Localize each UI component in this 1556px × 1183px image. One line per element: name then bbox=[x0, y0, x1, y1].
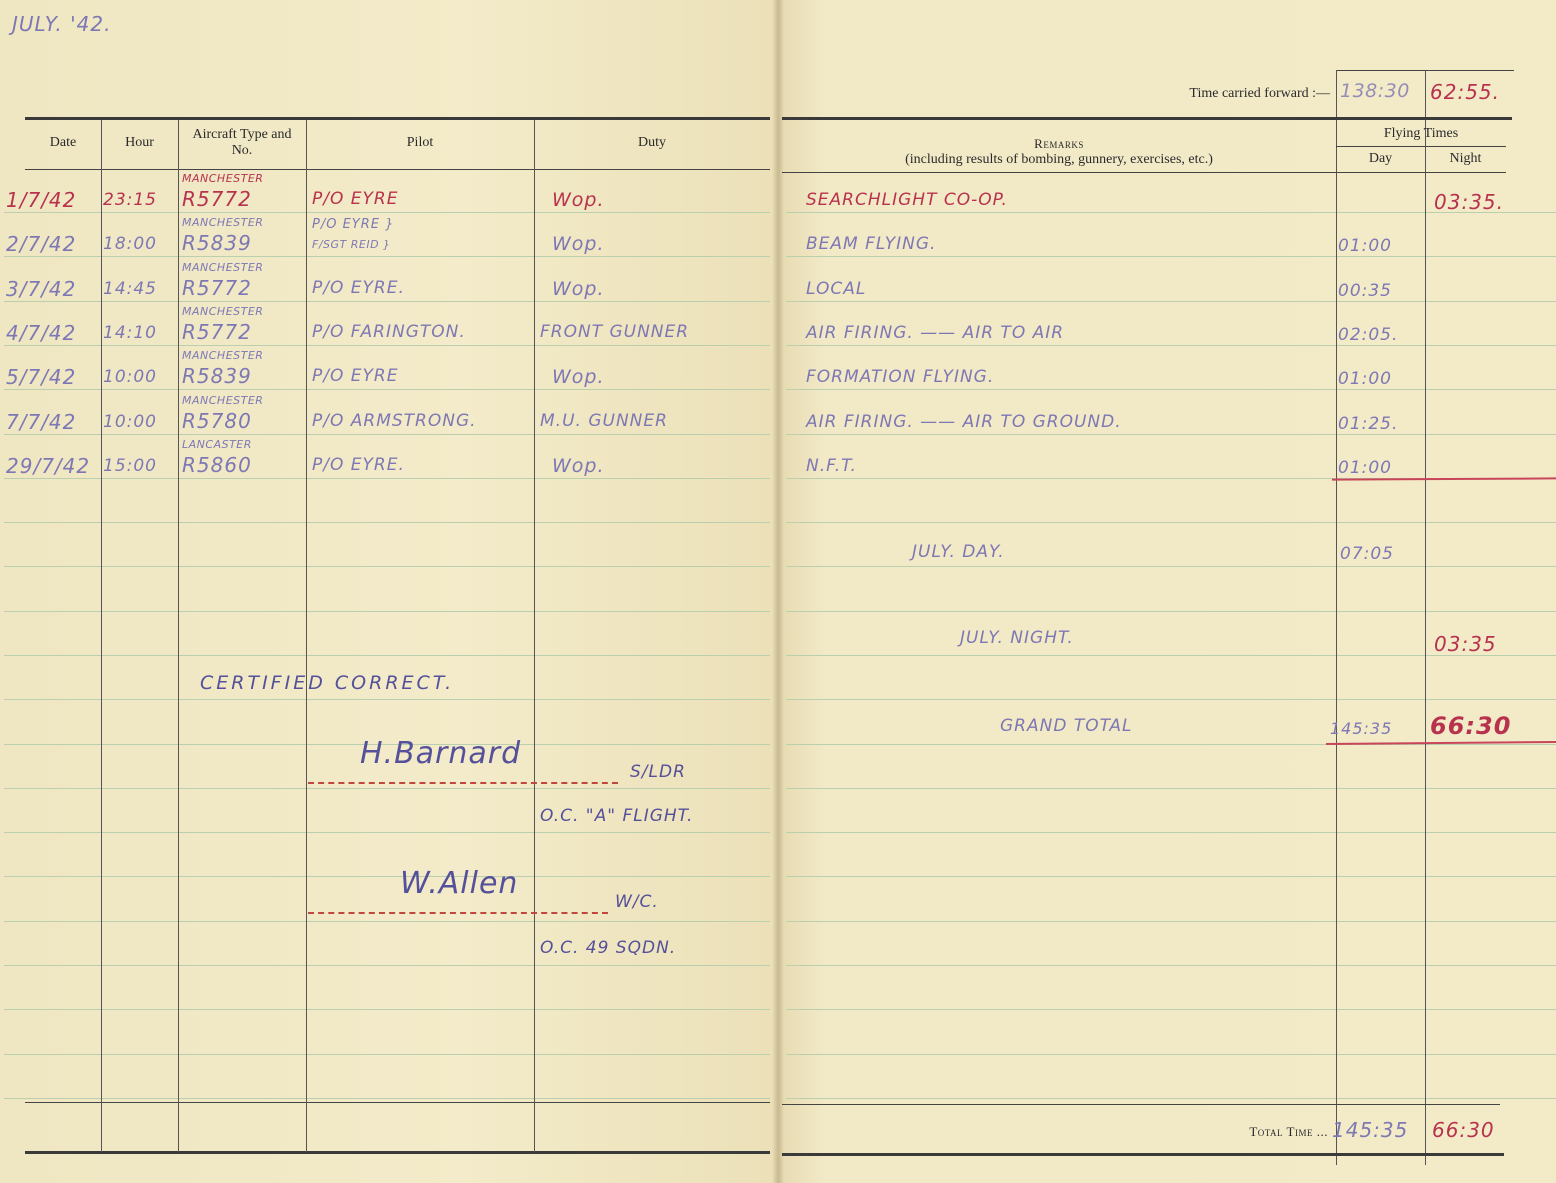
remark-night-time: 03:35. bbox=[1434, 190, 1504, 214]
entry-pilot-2: F/SGT REID } bbox=[312, 238, 391, 251]
ruled-line bbox=[4, 921, 770, 922]
entry-duty: M.U. GUNNER bbox=[540, 411, 668, 431]
remark-day-time: 02:05. bbox=[1338, 325, 1398, 345]
ruled-line bbox=[4, 1098, 770, 1099]
entry-pilot: P/O EYRE. bbox=[312, 278, 405, 298]
certified-correct-text: CERTIFIED CORRECT. bbox=[200, 672, 454, 694]
entry-pilot: P/O EYRE. bbox=[312, 455, 405, 475]
remark-day-time: 00:35 bbox=[1338, 281, 1392, 301]
ruled-line bbox=[4, 611, 770, 612]
total-time-label: Total Time ... bbox=[1150, 1124, 1328, 1140]
remark-text: LOCAL bbox=[806, 279, 866, 299]
ruled-line bbox=[786, 876, 1556, 877]
entry-aircraft-no: R5860 bbox=[182, 453, 252, 477]
ruled-line bbox=[4, 434, 770, 435]
header-top-rule-right bbox=[782, 117, 1512, 120]
entry-hour: 18:00 bbox=[103, 234, 157, 254]
col-header-aircraft: Aircraft Type and No. bbox=[190, 127, 294, 159]
entry-date: 3/7/42 bbox=[6, 277, 76, 301]
entry-duty: Wop. bbox=[552, 189, 605, 211]
entry-aircraft-no: R5772 bbox=[182, 276, 252, 300]
remark-day-time: 01:00 bbox=[1338, 236, 1392, 256]
remark-text: N.F.T. bbox=[806, 456, 857, 476]
title-2: O.C. 49 SQDN. bbox=[540, 938, 676, 958]
ruled-line bbox=[4, 965, 770, 966]
ruled-line bbox=[4, 699, 770, 700]
col-divider bbox=[101, 120, 102, 1152]
ruled-line bbox=[786, 389, 1556, 390]
ruled-line bbox=[786, 699, 1556, 700]
entry-duty: FRONT GUNNER bbox=[540, 322, 689, 342]
remarks-subheader: (including results of bombing, gunnery, … bbox=[782, 152, 1336, 168]
footer-rule-left bbox=[25, 1102, 770, 1103]
entry-aircraft-type: LANCASTER bbox=[182, 438, 252, 451]
carried-forward-day: 138:30 bbox=[1340, 80, 1410, 102]
grand-total-day: 145:35 bbox=[1330, 719, 1392, 738]
rank-2: W/C. bbox=[615, 892, 659, 912]
july-night-value: 03:35 bbox=[1434, 632, 1497, 656]
col-header-duty: Duty bbox=[534, 135, 770, 151]
ruled-line bbox=[786, 1054, 1556, 1055]
entry-hour: 10:00 bbox=[103, 367, 157, 387]
page-title: JULY. '42. bbox=[12, 12, 111, 36]
book-gutter bbox=[772, 0, 784, 1183]
entry-duty: Wop. bbox=[552, 278, 605, 300]
remark-text: FORMATION FLYING. bbox=[806, 367, 994, 387]
ruled-line bbox=[786, 522, 1556, 523]
ruled-line bbox=[4, 301, 770, 302]
remark-day-time: 01:25. bbox=[1338, 414, 1398, 434]
ruled-line bbox=[4, 788, 770, 789]
total-time-night: 66:30 bbox=[1432, 1118, 1495, 1142]
ruled-line bbox=[786, 434, 1556, 435]
remarks-header: Remarks bbox=[782, 136, 1336, 152]
header-bottom-rule bbox=[25, 169, 770, 170]
entry-date: 29/7/42 bbox=[6, 454, 90, 478]
entry-date: 7/7/42 bbox=[6, 410, 76, 434]
remark-text: AIR FIRING. —— AIR TO AIR bbox=[806, 323, 1064, 343]
col-divider bbox=[306, 120, 307, 1152]
entry-aircraft-type: MANCHESTER bbox=[182, 216, 263, 229]
ruled-line bbox=[4, 832, 770, 833]
entry-duty: Wop. bbox=[552, 233, 605, 255]
day-header: Day bbox=[1336, 151, 1425, 167]
entry-aircraft-no: R5772 bbox=[182, 320, 252, 344]
col-divider bbox=[534, 120, 535, 1152]
ruled-line bbox=[4, 1009, 770, 1010]
entry-aircraft-no: R5839 bbox=[182, 364, 252, 388]
ruled-line bbox=[4, 478, 770, 479]
july-day-value: 07:05 bbox=[1340, 544, 1394, 564]
entry-hour: 10:00 bbox=[103, 412, 157, 432]
entry-hour: 15:00 bbox=[103, 456, 157, 476]
ruled-line bbox=[4, 345, 770, 346]
col-header-hour: Hour bbox=[101, 135, 178, 151]
ruled-line bbox=[4, 522, 770, 523]
entry-pilot: P/O ARMSTRONG. bbox=[312, 411, 477, 431]
entry-hour: 23:15 bbox=[103, 190, 157, 210]
flying-times-rule bbox=[1336, 146, 1506, 147]
remark-text: SEARCHLIGHT CO-OP. bbox=[806, 190, 1008, 210]
ruled-line bbox=[4, 389, 770, 390]
entry-date: 2/7/42 bbox=[6, 232, 76, 256]
entry-duty: Wop. bbox=[552, 455, 605, 477]
entry-hour: 14:10 bbox=[103, 323, 157, 343]
entry-date: 1/7/42 bbox=[6, 188, 76, 212]
left-page bbox=[0, 0, 778, 1183]
ruled-line bbox=[786, 256, 1556, 257]
ruled-line bbox=[4, 1054, 770, 1055]
night-header: Night bbox=[1425, 151, 1506, 167]
carried-forward-night: 62:55. bbox=[1430, 80, 1500, 104]
entry-pilot: P/O EYRE bbox=[312, 366, 398, 386]
ruled-line bbox=[4, 256, 770, 257]
grand-total-label: GRAND TOTAL bbox=[1000, 716, 1133, 736]
rank-1: S/LDR bbox=[630, 762, 686, 782]
ruled-line bbox=[786, 566, 1556, 567]
ruled-line bbox=[786, 965, 1556, 966]
entry-date: 5/7/42 bbox=[6, 365, 76, 389]
remark-text: AIR FIRING. —— AIR TO GROUND. bbox=[806, 412, 1122, 432]
entry-aircraft-type: MANCHESTER bbox=[182, 394, 263, 407]
remark-text: BEAM FLYING. bbox=[806, 234, 936, 254]
entry-pilot: P/O EYRE } bbox=[312, 217, 394, 232]
ruled-line bbox=[786, 788, 1556, 789]
signature-line-1 bbox=[308, 782, 618, 784]
entry-date: 4/7/42 bbox=[6, 321, 76, 345]
ruled-line bbox=[4, 655, 770, 656]
ruled-line bbox=[786, 611, 1556, 612]
entry-aircraft-no: R5780 bbox=[182, 409, 252, 433]
ruled-line bbox=[786, 832, 1556, 833]
col-header-pilot: Pilot bbox=[306, 135, 534, 151]
col-divider bbox=[178, 120, 179, 1152]
flying-times-header: Flying Times bbox=[1336, 126, 1506, 142]
ruled-line bbox=[786, 744, 1556, 745]
ruled-line bbox=[4, 876, 770, 877]
grand-total-night: 66:30 bbox=[1430, 712, 1511, 740]
entry-aircraft-type: MANCHESTER bbox=[182, 261, 263, 274]
header-top-rule bbox=[25, 117, 770, 120]
ruled-line bbox=[786, 921, 1556, 922]
entry-pilot: P/O FARINGTON. bbox=[312, 322, 466, 342]
entry-aircraft-type: MANCHESTER bbox=[182, 305, 263, 318]
remark-day-time: 01:00 bbox=[1338, 369, 1392, 389]
entry-duty: Wop. bbox=[552, 366, 605, 388]
right-page bbox=[778, 0, 1556, 1183]
entry-aircraft-no: R5772 bbox=[182, 187, 252, 211]
ruled-line bbox=[786, 1098, 1556, 1099]
july-night-label: JULY. NIGHT. bbox=[960, 628, 1074, 648]
july-day-label: JULY. DAY. bbox=[912, 542, 1005, 562]
ruled-line bbox=[4, 566, 770, 567]
signature-line-2 bbox=[308, 912, 608, 914]
header-bottom-rule-right bbox=[782, 172, 1506, 173]
col-header-date: Date bbox=[25, 135, 101, 151]
entry-hour: 14:45 bbox=[103, 279, 157, 299]
entry-aircraft-type: MANCHESTER bbox=[182, 172, 263, 185]
signature-1: H.Barnard bbox=[360, 736, 521, 771]
ruled-line bbox=[786, 345, 1556, 346]
entry-aircraft-type: MANCHESTER bbox=[182, 349, 263, 362]
footer-rule-right bbox=[782, 1104, 1500, 1105]
ruled-line bbox=[786, 301, 1556, 302]
signature-2: W.Allen bbox=[400, 866, 518, 901]
footer-thick-rule-left bbox=[25, 1151, 770, 1154]
night-col-divider bbox=[1425, 70, 1426, 1165]
total-time-day: 145:35 bbox=[1332, 1118, 1408, 1142]
remark-day-time: 01:00 bbox=[1338, 458, 1392, 478]
day-col-divider bbox=[1336, 70, 1337, 1165]
ruled-line bbox=[786, 1009, 1556, 1010]
entry-aircraft-no: R5839 bbox=[182, 231, 252, 255]
title-1: O.C. "A" FLIGHT. bbox=[540, 806, 693, 826]
ruled-line bbox=[4, 212, 770, 213]
footer-thick-rule-right bbox=[782, 1153, 1504, 1156]
entry-pilot: P/O EYRE bbox=[312, 189, 398, 209]
carried-forward-label: Time carried forward :— bbox=[1100, 86, 1330, 102]
